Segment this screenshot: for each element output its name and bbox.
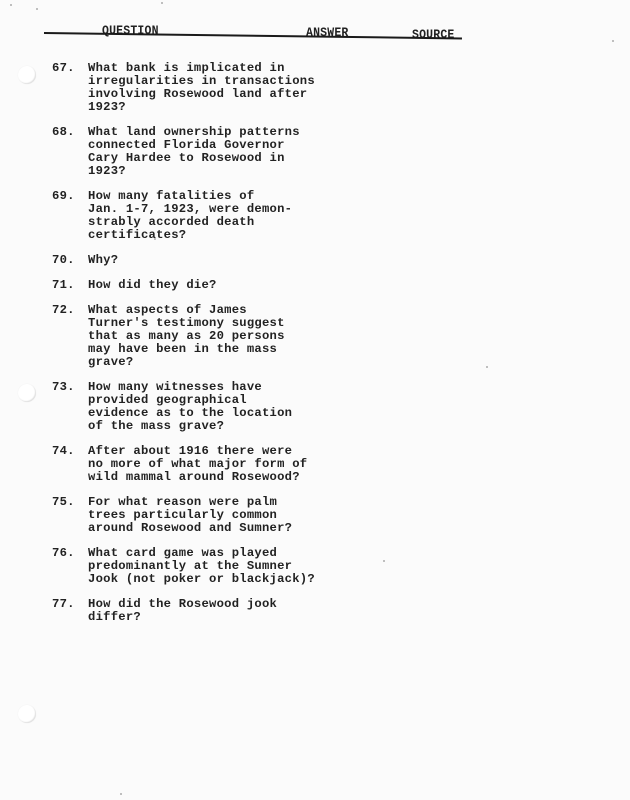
- column-header: QUESTION ANSWER SOURCE: [44, 20, 462, 40]
- question-number: 76.: [52, 547, 88, 586]
- question-item: 72. What aspects of James Turner's testi…: [52, 304, 392, 369]
- question-number: 70.: [52, 254, 88, 267]
- question-item: 70. Why?: [52, 254, 392, 267]
- question-text: How did the Rosewood jook differ?: [88, 598, 277, 624]
- question-item: 71. How did they die?: [52, 279, 392, 292]
- question-number: 75.: [52, 496, 88, 535]
- question-item: 68. What land ownership patterns connect…: [52, 126, 392, 178]
- question-text: Why?: [88, 254, 118, 267]
- question-item: 73. How many witnesses have provided geo…: [52, 381, 392, 433]
- question-item: 76. What card game was played predominan…: [52, 547, 392, 586]
- question-number: 72.: [52, 304, 88, 369]
- scan-speck: [10, 4, 12, 6]
- punch-hole-top: [18, 66, 36, 84]
- question-text: What land ownership patterns connected F…: [88, 126, 300, 178]
- question-number: 77.: [52, 598, 88, 624]
- question-number: 68.: [52, 126, 88, 178]
- question-list: 67. What bank is implicated in irregular…: [52, 62, 392, 636]
- scan-speck: [612, 40, 614, 42]
- question-number: 69.: [52, 190, 88, 242]
- question-number: 73.: [52, 381, 88, 433]
- question-number: 67.: [52, 62, 88, 114]
- question-number: 71.: [52, 279, 88, 292]
- punch-hole-middle: [18, 384, 36, 402]
- question-item: 67. What bank is implicated in irregular…: [52, 62, 392, 114]
- header-source: SOURCE: [412, 28, 455, 42]
- document-page: QUESTION ANSWER SOURCE 67. What bank is …: [0, 0, 630, 800]
- question-text: What bank is implicated in irregularitie…: [88, 62, 315, 114]
- question-text: How did they die?: [88, 279, 217, 292]
- scan-speck: [161, 2, 163, 4]
- question-text: For what reason were palm trees particul…: [88, 496, 292, 535]
- question-number: 74.: [52, 445, 88, 484]
- question-item: 69. How many fatalities of Jan. 1-7, 192…: [52, 190, 392, 242]
- question-text: After about 1916 there were no more of w…: [88, 445, 307, 484]
- scan-speck: [486, 366, 488, 368]
- question-item: 77. How did the Rosewood jook differ?: [52, 598, 392, 624]
- question-text: What card game was played predominantly …: [88, 547, 315, 586]
- question-item: 75. For what reason were palm trees part…: [52, 496, 392, 535]
- question-item: 74. After about 1916 there were no more …: [52, 445, 392, 484]
- punch-hole-bottom: [18, 705, 36, 723]
- scan-speck: [120, 793, 122, 795]
- question-text: How many witnesses have provided geograp…: [88, 381, 292, 433]
- question-text: How many fatalities of Jan. 1-7, 1923, w…: [88, 190, 292, 242]
- header-question: QUESTION: [102, 24, 159, 38]
- scan-speck: [36, 8, 38, 10]
- question-text: What aspects of James Turner's testimony…: [88, 304, 285, 369]
